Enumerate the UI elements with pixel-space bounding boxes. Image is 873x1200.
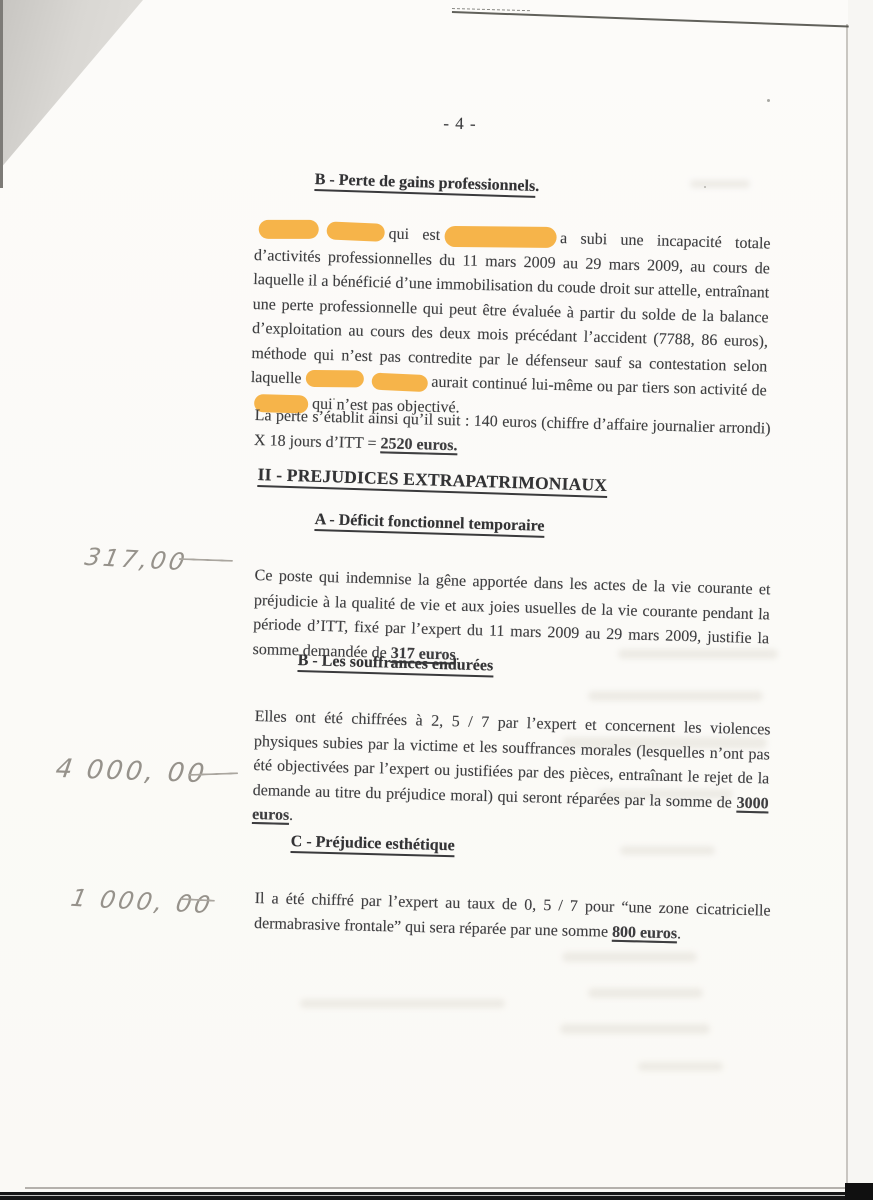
handwritten-amount-317: 317,00 — [83, 543, 190, 576]
amount-800-euros: 800 euros — [612, 923, 677, 942]
paragraph-period: . — [289, 807, 293, 824]
handwritten-amount-1000: 1 000, 00 — [69, 884, 216, 919]
heading-prejudices-extrapatrimoniaux: II - PREJUDICES EXTRAPATRIMONIAUX — [257, 464, 607, 496]
scan-speck — [767, 99, 770, 102]
heading-text: II - PREJUDICES EXTRAPATRIMONIAUX — [257, 464, 607, 498]
page-right-edge — [846, 24, 848, 1190]
redaction-mark — [259, 220, 319, 239]
heading-text: B - Les souffrances endurées — [297, 652, 493, 677]
handwritten-amount-4000: 4 000, 00 — [54, 754, 209, 789]
scan-bottom-corner — [845, 1183, 873, 1200]
page-top-edge — [452, 11, 849, 28]
bottom-crease-line — [25, 1187, 860, 1189]
heading-prejudice-esthetique: C - Préjudice esthétique — [291, 833, 455, 855]
paragraph-text: Ce poste qui indemnise la gêne apportée … — [252, 567, 770, 661]
heading-perte-gains-text: B - Perte de gains professionnels — [314, 171, 535, 198]
redaction-mark — [326, 221, 385, 242]
paragraph-text: qui est — [388, 226, 440, 244]
heading-period: . — [535, 178, 540, 195]
amount-2520-euros: 2520 euros. — [380, 435, 457, 454]
paragraph-esthetique: Il a été chiffré par l’expert au taux de… — [254, 887, 771, 949]
page-number: - 4 - — [430, 113, 490, 134]
paragraph-period: . — [677, 925, 681, 942]
redaction-mark — [305, 370, 363, 388]
page-fold-corner — [0, 0, 143, 169]
paragraph-text: a subi une incapacité totale d’activités… — [251, 230, 771, 387]
paragraph-souffrances: Elles ont été chiffrées à 2, 5 / 7 par l… — [252, 705, 771, 841]
paragraph-perte-gains: qui esta subi une incapacité totale d’ac… — [250, 219, 771, 428]
heading-text: A - Déficit fonctionnel temporaire — [314, 511, 544, 538]
heading-text: C - Préjudice esthétique — [290, 833, 454, 857]
scanned-document-page: - 4 - B - Perte de gains professionnels.… — [0, 0, 873, 1200]
heading-deficit-fonctionnel: A - Déficit fonctionnel temporaire — [314, 511, 544, 536]
paragraph-text: Elles ont été chiffrées à 2, 5 / 7 par l… — [253, 708, 771, 811]
paragraph-text: aurait continué lui-même ou par tiers so… — [431, 374, 767, 400]
paragraph-text: Il a été chiffré par l’expert au taux de… — [254, 890, 771, 940]
annotation-connector-line — [188, 772, 238, 776]
redaction-mark — [444, 226, 556, 248]
scan-left-edge — [0, 0, 3, 188]
scanner-background — [848, 0, 873, 1192]
redaction-mark — [371, 373, 428, 393]
scan-bottom-edge — [0, 1192, 873, 1200]
heading-perte-gains: B - Perte de gains professionnels. — [314, 171, 539, 196]
